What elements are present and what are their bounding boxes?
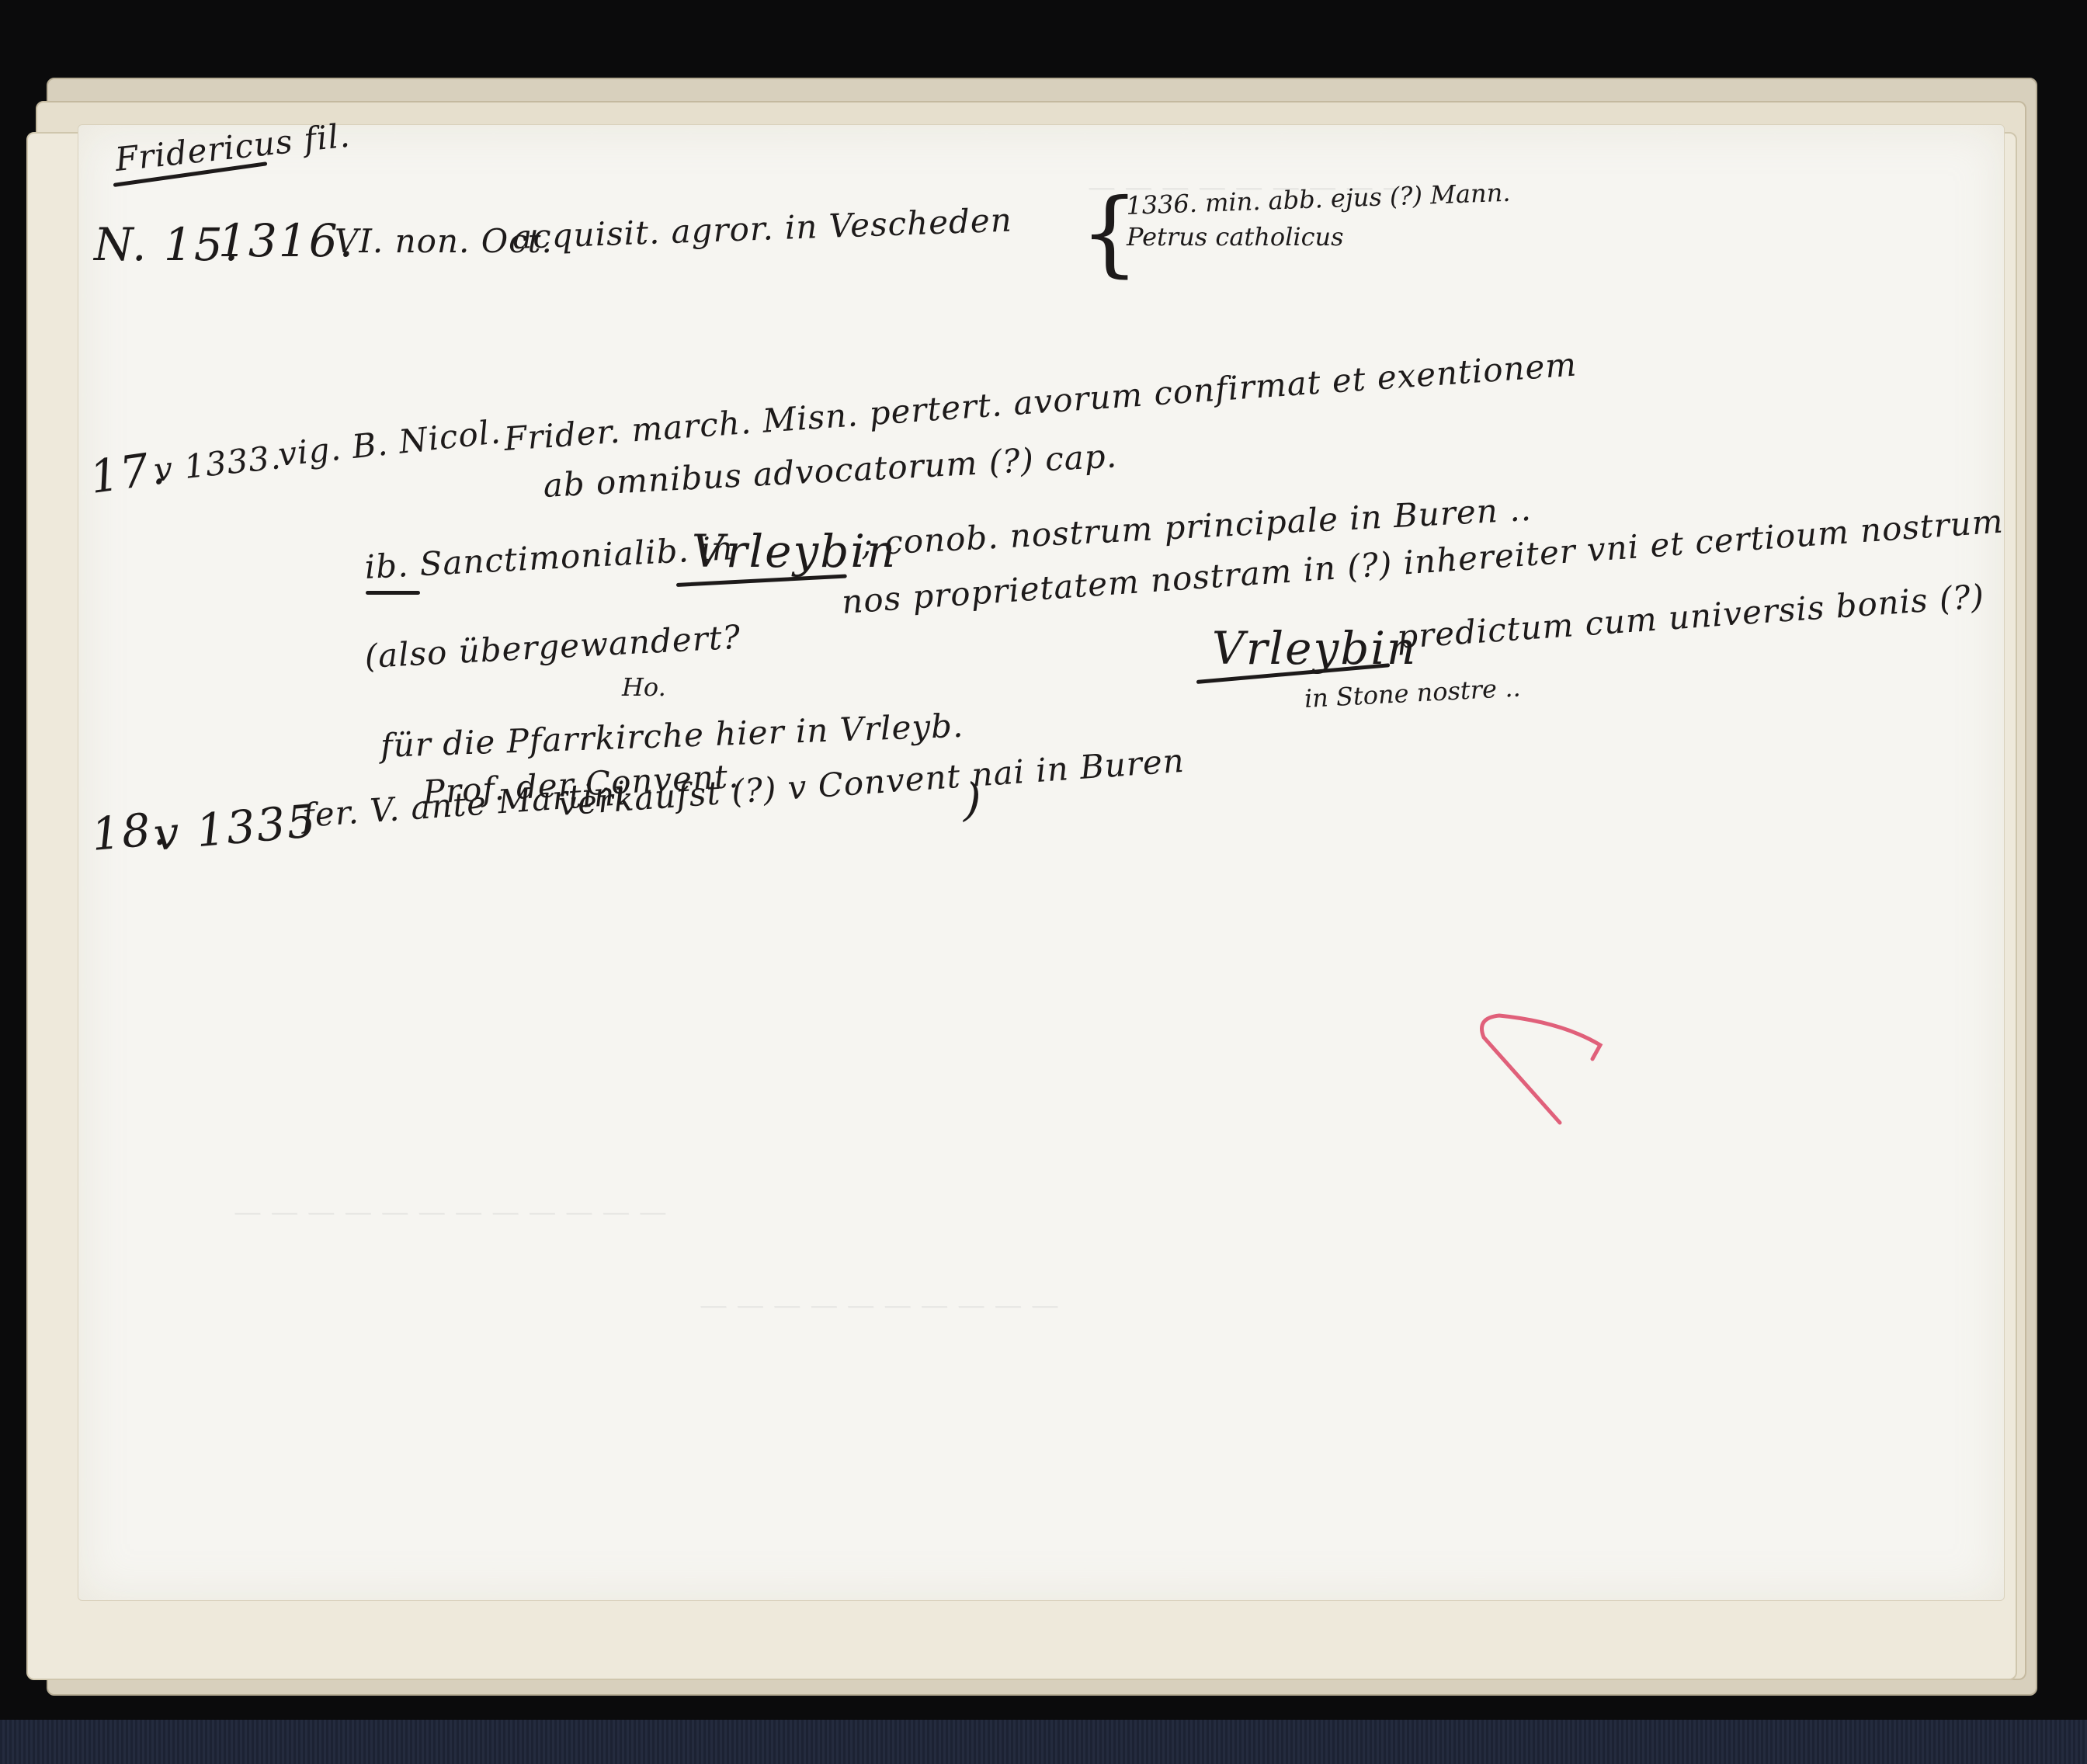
red-check-mark-icon xyxy=(1468,998,1608,1130)
scanner-mat xyxy=(0,1720,2087,1764)
entry-17-ib: ib. Sanctimonialib. in xyxy=(363,529,734,586)
german-note-1: (also übergewandert? xyxy=(363,618,741,675)
bleed-through-text: — — — — — — — — — — xyxy=(700,1290,1059,1321)
entry-15-side-note-2: Petrus catholicus xyxy=(1127,222,1344,252)
entry-18-year: v 1335 xyxy=(151,794,319,861)
entry-17-year: v 1333. xyxy=(152,438,283,489)
entry-18-end-bracket: ) xyxy=(964,773,983,826)
entry-17-line-c: in Stone nostre .. xyxy=(1304,672,1521,714)
ib-label: ib. xyxy=(363,546,409,586)
german-note-1b: Ho. xyxy=(622,672,666,702)
ib-underline xyxy=(366,591,420,595)
german-note-2: für die Pfarrkirche hier in Vrleyb. xyxy=(380,707,964,765)
entry-15-text: acquisit. agror. in Vescheden xyxy=(512,201,1012,256)
entry-17-date: vig. B. Nicol. xyxy=(276,412,503,474)
entry-17-line-b: predictum cum universis bonis (?) xyxy=(1396,577,1986,656)
ib-text: Sanctimonialib. in xyxy=(418,529,734,583)
manuscript-page: — — — — — — — — — — — — — — — — — — — — … xyxy=(78,124,2005,1601)
bleed-through-text: — — — — — — — — — — — — xyxy=(234,1196,667,1228)
